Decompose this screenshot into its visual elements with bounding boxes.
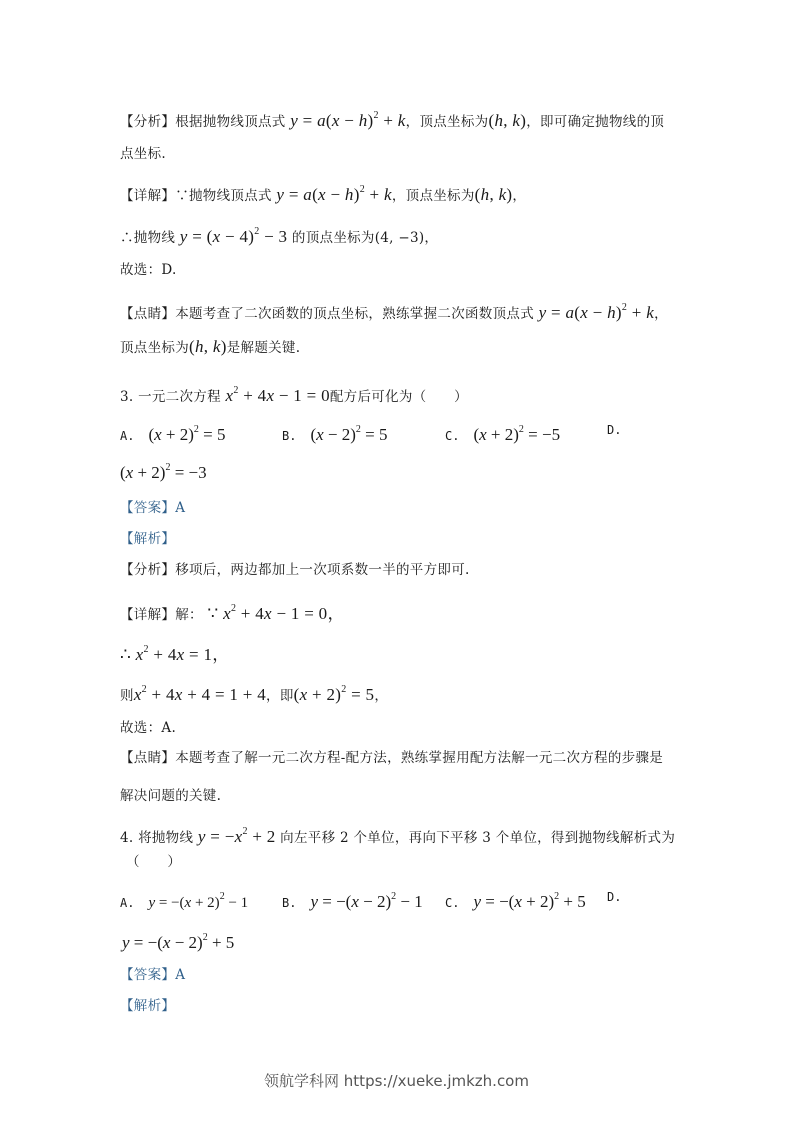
vertex-coordinates: (h, k) (475, 185, 513, 204)
q2-comment-line-1: 【点睛】本题考查了二次函数的顶点坐标，熟练掌握二次函数顶点式 y = a(x −… (120, 298, 668, 324)
q3-answer-line: 【答案】A (120, 498, 185, 518)
q3-analysis-line: 【分析】移项后，两边都加上一次项系数一半的平方即可. (120, 560, 470, 580)
q3-detail-line: 【详解】解： ∵ x2 + 4x − 1 = 0， (120, 599, 345, 625)
page-footer: 领航学科网 https://xueke.jmkzh.com (0, 1070, 793, 1091)
answer-value: A (175, 967, 185, 983)
vertex-form-formula: y = a(x − h)2 + k (539, 303, 654, 322)
q4-option-a: A.y = −(x + 2)2 − 1 (120, 887, 248, 913)
vertex-form-formula: y = a(x − h)2 + k (290, 111, 405, 130)
q2-comment-line-2: 顶点坐标为(h, k)是解题关键. (120, 337, 300, 358)
q4-option-b: B.y = −(x − 2)2 − 1 (282, 887, 423, 913)
vertex-form-formula: y = a(x − h)2 + k (276, 185, 391, 204)
q2-choice-line: 故选：D. (120, 260, 177, 280)
q3-option-a: A.(x + 2)2 = 5 (120, 420, 226, 446)
q3-option-d-formula: (x + 2)2 = −3 (120, 458, 207, 484)
q4-jiexi-label: 【解析】 (120, 996, 175, 1016)
q2-detail-line: 【详解】∵抛物线顶点式 y = a(x − h)2 + k，顶点坐标为(h, k… (120, 180, 526, 206)
q3-equation: x2 + 4x − 1 = 0 (225, 386, 329, 405)
detail-label: 【详解】 (120, 188, 175, 204)
footer-url[interactable]: https://xueke.jmkzh.com (344, 1072, 529, 1090)
q2-analysis-line-1: 【分析】根据抛物线顶点式 y = a(x − h)2 + k，顶点坐标为(h, … (120, 106, 664, 132)
parabola-formula: y = (x − 4)2 − 3 (180, 227, 288, 246)
q3-jiexi-label: 【解析】 (120, 529, 175, 549)
answer-label: 【答案】 (120, 500, 175, 516)
q3-comment-line-1: 【点睛】本题考查了解一元二次方程-配方法，熟练掌握用配方法解一元二次方程的步骤是 (120, 748, 663, 768)
vertex-coordinates: (h, k) (189, 337, 227, 356)
q3-option-d-letter: D. (607, 420, 635, 440)
q4-option-d-letter: D. (607, 887, 635, 907)
q3-choice-line: 故选：A. (120, 718, 176, 738)
q4-stem-blank: （ ） (126, 852, 181, 872)
q4-equation: y = −x2 + 2 (198, 827, 276, 846)
q3-step-3: 则x2 + 4x + 4 = 1 + 4，即(x + 2)2 = 5， (120, 680, 388, 706)
vertex-coordinates: (h, k) (488, 111, 526, 130)
analysis-label: 【分析】 (120, 114, 175, 130)
q3-option-c: C.(x + 2)2 = −5 (445, 420, 560, 446)
q3-stem: 3. 一元二次方程 x2 + 4x − 1 = 0配方后可化为（ ） (120, 381, 468, 407)
q4-answer-line: 【答案】A (120, 965, 185, 985)
q4-option-c: C.y = −(x + 2)2 + 5 (445, 887, 586, 913)
detail-label: 【详解】 (120, 607, 175, 623)
q3-option-b: B.(x − 2)2 = 5 (282, 420, 388, 446)
answer-label: 【答案】 (120, 967, 175, 983)
document-page: 【分析】根据抛物线顶点式 y = a(x − h)2 + k，顶点坐标为(h, … (0, 0, 793, 1122)
q3-step-2: ∴ x2 + 4x = 1， (120, 640, 230, 666)
q2-analysis-line-2: 点坐标. (120, 144, 166, 164)
comment-label: 【点睛】 (120, 750, 175, 766)
footer-site-name: 领航学科网 (264, 1072, 339, 1090)
comment-label: 【点睛】 (120, 306, 175, 322)
q3-comment-line-2: 解决问题的关键. (120, 786, 221, 806)
q4-option-d-formula: y = −(x − 2)2 + 5 (122, 928, 234, 954)
q4-stem: 4. 将抛物线 y = −x2 + 2 向左平移 2 个单位，再向下平移 3 个… (120, 822, 675, 848)
q2-therefore-line: ∴抛物线 y = (x − 4)2 − 3 的顶点坐标为(4, −3)， (120, 222, 438, 248)
analysis-label: 【分析】 (120, 562, 175, 578)
answer-value: A (175, 500, 185, 516)
